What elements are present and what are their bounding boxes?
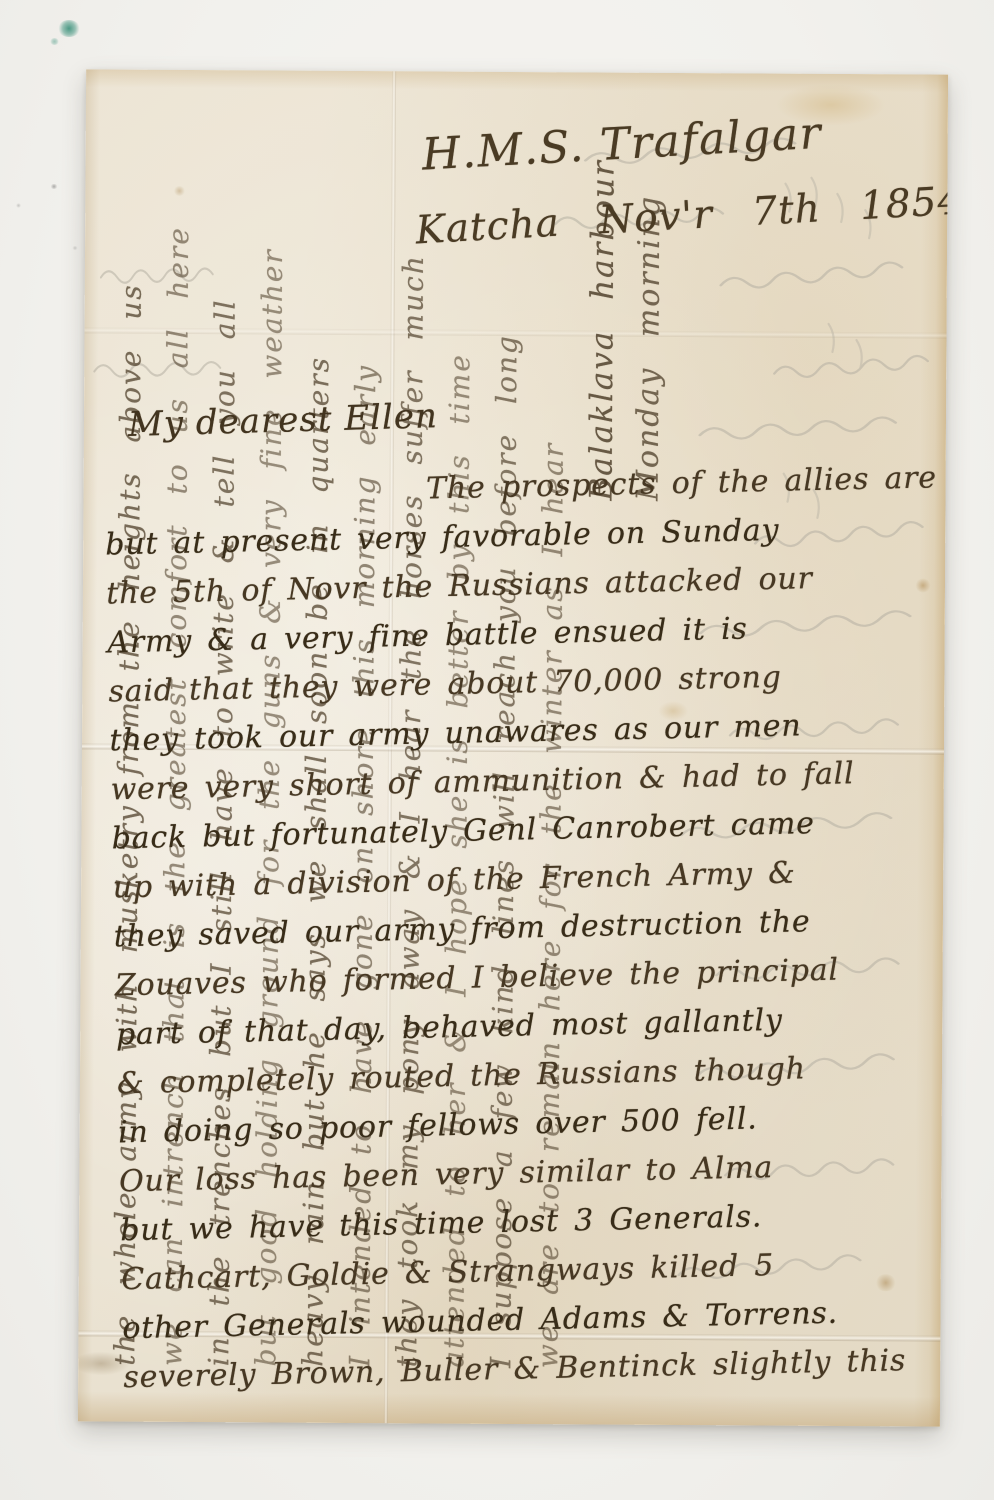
gray-fleck bbox=[72, 246, 78, 250]
photograph-backdrop: the whole army with musketry from the he… bbox=[0, 0, 994, 1500]
teal-smudge bbox=[58, 20, 80, 37]
teal-smudge-small bbox=[50, 38, 59, 45]
letter-paper: the whole army with musketry from the he… bbox=[78, 69, 948, 1426]
gray-fleck bbox=[16, 203, 21, 208]
gray-fleck bbox=[50, 184, 58, 189]
letter-body: The prospects of the allies are but at p… bbox=[104, 453, 948, 1402]
